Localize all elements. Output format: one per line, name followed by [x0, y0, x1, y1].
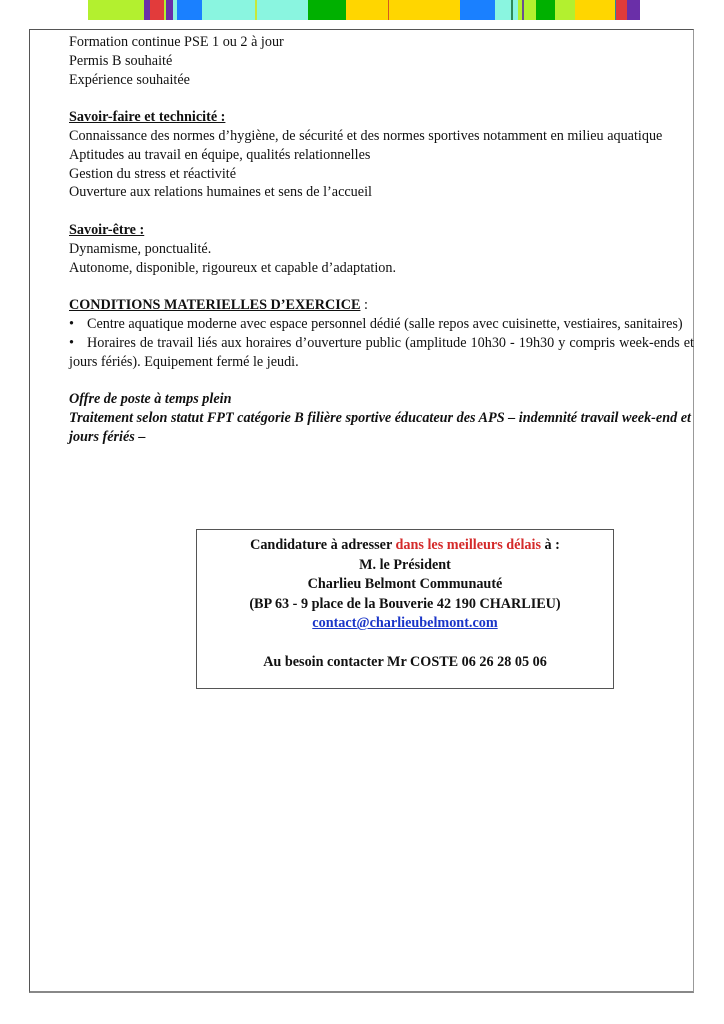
color-bar-segment	[536, 0, 554, 20]
conditions-heading-text: CONDITIONS MATERIELLES D’EXERCICE	[69, 297, 360, 313]
quality-item: Dynamisme, ponctualité.	[69, 240, 694, 259]
skill-item: Gestion du stress et réactivité	[69, 165, 694, 184]
section-heading-conditions: CONDITIONS MATERIELLES D’EXERCICE :	[69, 296, 694, 315]
requirement-item: Formation continue PSE 1 ou 2 à jour	[69, 33, 694, 52]
color-bar-segment	[555, 0, 575, 20]
document-body: Formation continue PSE 1 ou 2 à jour Per…	[69, 33, 694, 447]
color-bar-segment	[150, 0, 165, 20]
color-bar-segment	[257, 0, 308, 20]
color-bar-segment	[308, 0, 346, 20]
postal-address: (BP 63 - 9 place de la Bouverie 42 190 C…	[197, 595, 613, 615]
condition-text: Centre aquatique moderne avec espace per…	[87, 316, 683, 332]
color-bar-segment	[166, 0, 173, 20]
organization: Charlieu Belmont Communauté	[197, 575, 613, 595]
decorative-color-bar	[88, 0, 640, 20]
color-bar-segment	[389, 0, 460, 20]
skill-item: Aptitudes au travail en équipe, qualités…	[69, 146, 694, 165]
quality-item: Autonome, disponible, rigoureux et capab…	[69, 259, 694, 278]
skill-item: Connaissance des normes d’hygiène, de sé…	[69, 127, 694, 146]
section-heading-savoir-etre: Savoir-être :	[69, 221, 694, 240]
color-bar-segment	[627, 0, 640, 20]
condition-item: •Horaires de travail liés aux horaires d…	[69, 334, 694, 372]
color-bar-segment	[460, 0, 495, 20]
color-bar-segment	[575, 0, 615, 20]
color-bar-segment	[616, 0, 627, 20]
application-contact-box: Candidature à adresser dans les meilleur…	[196, 529, 614, 689]
color-bar-segment	[346, 0, 388, 20]
color-bar-segment	[524, 0, 537, 20]
instruction-prefix: Candidature à adresser	[250, 537, 395, 553]
condition-text: Horaires de travail liés aux horaires d’…	[69, 335, 694, 370]
skill-item: Ouverture aux relations humaines et sens…	[69, 183, 694, 202]
condition-item: •Centre aquatique moderne avec espace pe…	[69, 315, 694, 334]
email-link[interactable]: contact@charlieubelmont.com	[312, 615, 497, 631]
deadline-highlight: dans les meilleurs délais	[396, 537, 541, 553]
bullet-icon: •	[69, 315, 87, 334]
instruction-suffix: à :	[541, 537, 560, 553]
phone-contact: Au besoin contacter Mr COSTE 06 26 28 05…	[197, 653, 613, 673]
bullet-icon: •	[69, 334, 87, 353]
color-bar-segment	[177, 0, 202, 20]
color-bar-segment	[202, 0, 255, 20]
requirement-item: Expérience souhaitée	[69, 71, 694, 90]
conditions-heading-colon: :	[360, 297, 368, 313]
color-bar-segment	[88, 0, 144, 20]
color-bar-segment	[495, 0, 511, 20]
salary-info: Traitement selon statut FPT catégorie B …	[69, 409, 694, 447]
requirement-item: Permis B souhaité	[69, 52, 694, 71]
application-instruction: Candidature à adresser dans les meilleur…	[197, 536, 613, 556]
section-heading-savoir-faire: Savoir-faire et technicité :	[69, 108, 694, 127]
recipient: M. le Président	[197, 556, 613, 576]
offer-type: Offre de poste à temps plein	[69, 390, 694, 409]
